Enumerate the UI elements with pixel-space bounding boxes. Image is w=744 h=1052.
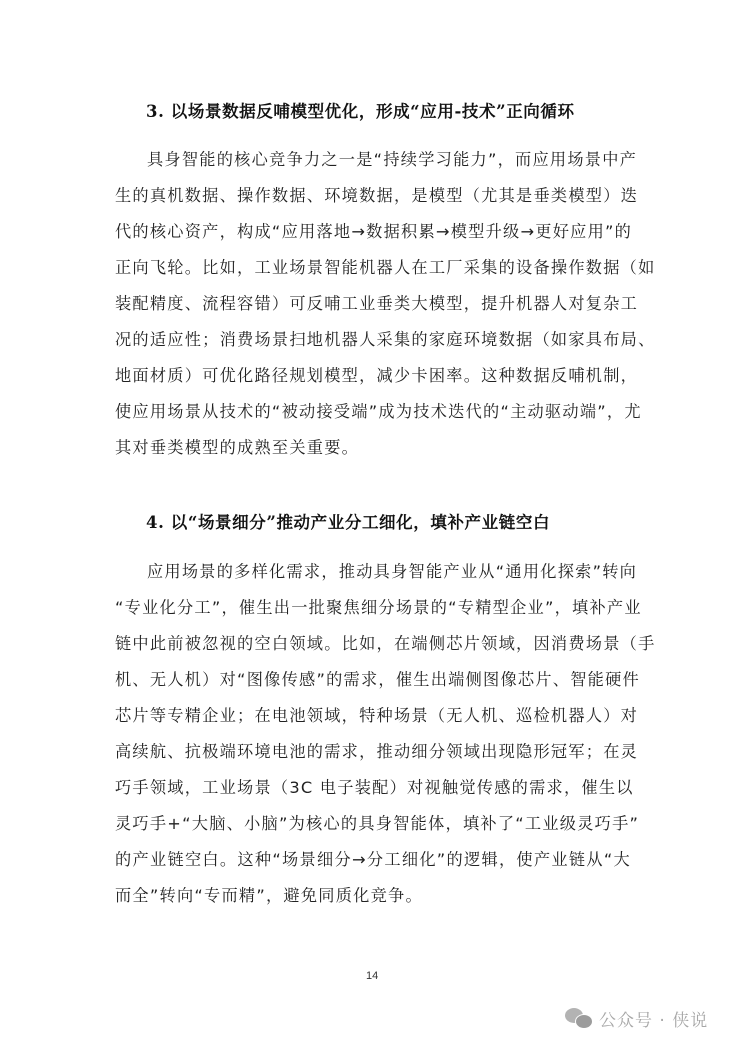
paragraph-line: 灵巧手+“大脑、小脑”为核心的具身智能体，填补了“工业级灵巧手” [115,806,631,842]
watermark-text: 公众号 · 侠说 [599,1006,708,1031]
paragraph-line: 代的核心资产，构成“应用落地→数据积累→模型升级→更好应用”的 [115,214,631,250]
paragraph-line: 其对垂类模型的成熟至关重要。 [115,430,631,466]
paragraph-line: 而全”转向“专而精”，避免同质化竞争。 [115,878,631,914]
paragraph-line: 地面材质）可优化路径规划模型，减少卡困率。这种数据反哺机制， [115,358,631,394]
paragraph-line: 况的适应性；消费场景扫地机器人采集的家庭环境数据（如家具布局、 [115,322,631,358]
paragraph-line: 的产业链空白。这种“场景细分→分工细化”的逻辑，使产业链从“大 [115,842,631,878]
section-3-paragraph: 具身智能的核心竞争力之一是“持续学习能力”，而应用场景中产 生的真机数据、操作数… [115,142,631,466]
paragraph-line: 正向飞轮。比如，工业场景智能机器人在工厂采集的设备操作数据（如 [115,250,631,286]
section-4-paragraph: 应用场景的多样化需求，推动具身智能产业从“通用化探索”转向 “专业化分工”，催生… [115,554,631,914]
paragraph-line: 应用场景的多样化需求，推动具身智能产业从“通用化探索”转向 [115,554,631,590]
paragraph-line: 巧手领域，工业场景（3C 电子装配）对视触觉传感的需求，催生以 [115,770,631,806]
paragraph-line: 高续航、抗极端环境电池的需求，推动细分领域出现隐形冠军；在灵 [115,734,631,770]
section-heading-4: 4. 以“场景细分”推动产业分工细化，填补产业链空白 [146,509,646,533]
paragraph-line: 具身智能的核心竞争力之一是“持续学习能力”，而应用场景中产 [115,142,631,178]
paragraph-line: 芯片等专精企业；在电池领域，特种场景（无人机、巡检机器人）对 [115,698,631,734]
paragraph-line: 使应用场景从技术的“被动接受端”成为技术迭代的“主动驱动端”，尤 [115,394,631,430]
page-number: 14 [366,970,378,982]
paragraph-line: 装配精度、流程容错）可反哺工业垂类大模型，提升机器人对复杂工 [115,286,631,322]
paragraph-line: 链中此前被忽视的空白领域。比如，在端侧芯片领域，因消费场景（手 [115,626,631,662]
paragraph-line: “专业化分工”，催生出一批聚焦细分场景的“专精型企业”，填补产业 [115,590,631,626]
paragraph-line: 机、无人机）对“图像传感”的需求，催生出端侧图像芯片、智能硬件 [115,662,631,698]
document-page: 3. 以场景数据反哺模型优化，形成“应用-技术”正向循环 具身智能的核心竞争力之… [0,0,744,1052]
section-heading-3: 3. 以场景数据反哺模型优化，形成“应用-技术”正向循环 [146,98,646,122]
wechat-icon [565,1008,593,1030]
paragraph-line: 生的真机数据、操作数据、环境数据，是模型（尤其是垂类模型）迭 [115,178,631,214]
watermark: 公众号 · 侠说 [565,1006,708,1031]
